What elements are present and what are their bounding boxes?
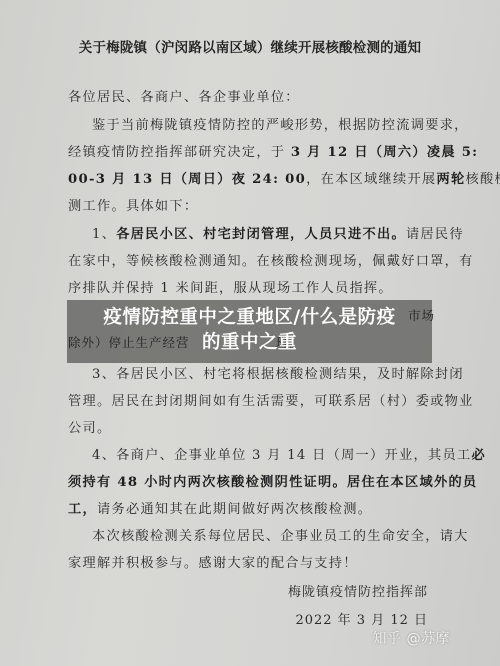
intro-rounds: 两轮 bbox=[436, 172, 465, 187]
item-1-text: 请居民待 bbox=[406, 227, 464, 242]
intro-line-4: 测工作。具体如下： bbox=[68, 198, 438, 216]
item-1-bold-text: 各居民小区、村宅封闭管理，人员只进不出。 bbox=[116, 227, 406, 242]
signature-date: 2022 年 3 月 12 日 bbox=[295, 609, 428, 628]
item-4-line-1-bold: 必 bbox=[471, 448, 486, 463]
item-4-line-3: 工，请务必通知其在此期间做好两次核酸检测。 bbox=[68, 501, 438, 519]
intro-line-3-text: ，在本区域继续开展 bbox=[306, 172, 436, 187]
item-3-line-1: 3、各居民小区、村宅将根据核酸检测结果，及时解除封闭 bbox=[68, 366, 438, 384]
item-4-requirement: 须持有 48 小时内两次核酸检测阴性证明。 bbox=[68, 475, 347, 490]
item-1-number: 1、 bbox=[92, 227, 116, 242]
signature-org: 梅陇镇疫情防控指挥部 bbox=[288, 581, 428, 600]
document-title: 关于梅陇镇（沪闵路以南区域）继续开展核酸检测的通知 bbox=[0, 36, 500, 56]
zhihu-watermark: 知乎 @苏摩 bbox=[373, 628, 450, 648]
item-3-line-3: 公司。 bbox=[68, 420, 438, 438]
item-4-outside-staff: 居住在本区域外的员 bbox=[347, 475, 477, 490]
item-1-line-1: 1、各居民小区、村宅封闭管理，人员只进不出。请居民待 bbox=[92, 226, 438, 244]
intro-line-1: 鉴于当前梅陇镇疫情防控的严峻形势，根据防控流调要求， bbox=[92, 117, 438, 135]
item-3-line-2: 管理。居民在封闭期间如有生活需要，可联系居（村）委或物业 bbox=[68, 393, 438, 411]
closing-line-2: 家理解并积极参与。感谢大家的配合与支持！ bbox=[68, 555, 438, 573]
intro-line-2-text: 经镇疫情防控指挥部研究决定，于 bbox=[68, 145, 285, 160]
intro-date-end: 00-3 月 13 日（周日）夜 24: 00 bbox=[68, 172, 306, 187]
salutation: 各位居民、各商户、各企事业单位： bbox=[68, 89, 438, 107]
item-1-line-3: 序排队并保持 1 米间距，服从现场工作人员指挥。 bbox=[68, 280, 438, 298]
intro-date-start: 3 月 12 日（周六）凌晨 5: bbox=[291, 145, 479, 160]
caption-line-2: 的重中之重 bbox=[67, 330, 432, 355]
item-1-line-2: 在家中，等候核酸检测通知。在核酸检测现场，佩戴好口罩，有 bbox=[68, 253, 438, 271]
caption-text: 疫情防控重中之重地区/什么是防疫 的重中之重 bbox=[67, 305, 432, 355]
closing-line-1: 本次核酸检测关系每位居民、企事业员工的生命安全，请大 bbox=[92, 528, 438, 546]
item-4-line-3-bold: 工， bbox=[68, 502, 97, 517]
intro-line-3: 00-3 月 13 日（周日）夜 24: 00，在本区域继续开展两轮核酸检 bbox=[68, 171, 438, 189]
item-4-line-1: 4、各商户、企事业单位 3 月 14 日（周一）开业，其员工必 bbox=[92, 447, 438, 465]
caption-line-1: 疫情防控重中之重地区/什么是防疫 bbox=[67, 305, 432, 330]
item-4-line-2: 须持有 48 小时内两次核酸检测阴性证明。居住在本区域外的员 bbox=[68, 474, 438, 492]
item-3-line-1-text: 3、各居民小区、村宅将根据核酸检测结果，及时解除封闭 bbox=[68, 367, 464, 382]
intro-line-3-tail: 核酸检 bbox=[465, 172, 500, 187]
item-4-line-1-text: 4、各商户、企事业单位 3 月 14 日（周一）开业，其员工 bbox=[92, 448, 471, 463]
item-4-line-3-text: 请务必通知其在此期间做好两次核酸检测。 bbox=[97, 502, 372, 517]
intro-line-2: 经镇疫情防控指挥部研究决定，于 3 月 12 日（周六）凌晨 5: bbox=[68, 144, 438, 162]
